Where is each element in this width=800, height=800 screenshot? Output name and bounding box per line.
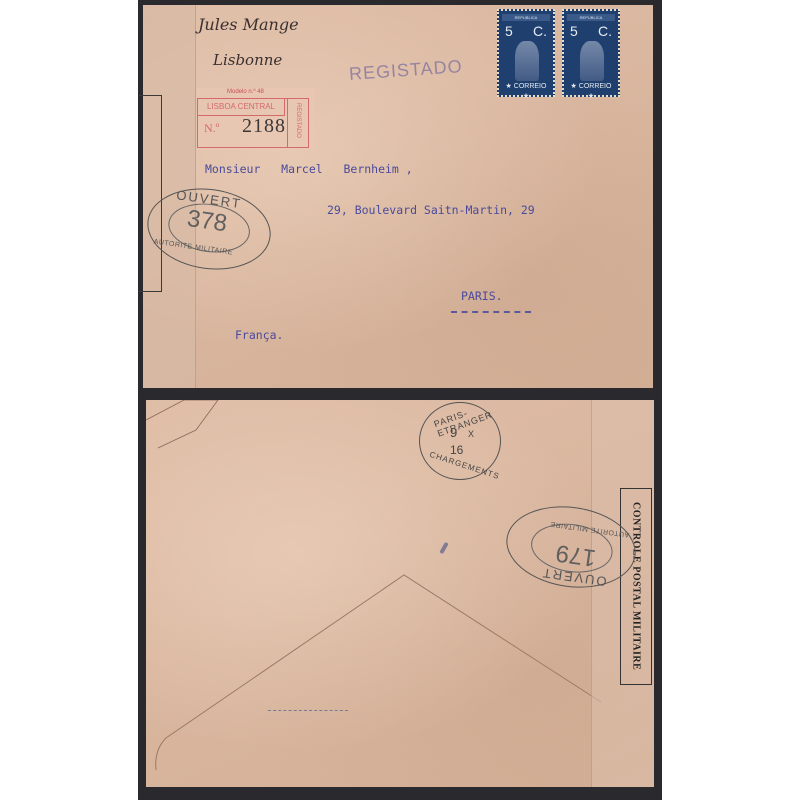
address-city: PARIS. <box>461 289 503 303</box>
stamp-currency: C. <box>533 23 547 39</box>
censor-tape-box <box>139 95 162 292</box>
envelope-front: Jules Mange Lisbonne Modelo n.º 48 LISBO… <box>143 5 653 388</box>
censor-oval-number: 179 <box>554 538 598 571</box>
paris-postmark: PARIS-ETRANGER 9 X 16 CHARGEMENTS <box>419 402 501 480</box>
postmark-day: 9 <box>450 425 457 440</box>
postmark-month: X <box>468 429 474 439</box>
registration-office: LISBOA CENTRAL <box>198 99 285 116</box>
dashed-line <box>268 710 348 711</box>
stamp-value: 5 <box>570 23 578 39</box>
registration-box: LISBOA CENTRAL N.º 2188 REGISTADO <box>197 98 309 148</box>
sender-city: Lisbonne <box>213 51 282 69</box>
censor-oval-number: 378 <box>185 205 229 238</box>
censor-tape-label: CONTROLE POSTAL MILITAIRE <box>620 488 652 685</box>
stamp-value: 5 <box>505 23 513 39</box>
stamp-inscription: ★ CORREIO ★ <box>502 82 550 92</box>
envelope-back: CONTROLE POSTAL MILITAIRE PARIS-ETRANGER… <box>146 400 654 787</box>
registration-side: REGISTADO <box>287 99 308 147</box>
registado-handstamp: REGISTADO <box>348 56 463 85</box>
registration-label: Modelo n.º 48 LISBOA CENTRAL N.º 2188 RE… <box>197 88 315 150</box>
registration-side-text: REGISTADO <box>295 103 301 138</box>
address-city-underline <box>451 311 531 313</box>
address-country: França. <box>235 328 283 342</box>
censor-tape-text: CONTROLE POSTAL MILITAIRE <box>631 502 642 670</box>
postmark-year: 16 <box>450 443 463 457</box>
envelope-flap <box>146 400 654 787</box>
registration-number-prefix: N.º <box>204 121 219 136</box>
stamp-country: REPUBLICA PORTUGUESA <box>502 14 550 21</box>
address-recipient: Monsieur Marcel Bernheim , <box>205 162 413 176</box>
address-street: 29, Boulevard Saitn-Martin, 29 <box>327 203 535 217</box>
sender-name: Jules Mange <box>198 15 299 34</box>
stamp-currency: C. <box>598 23 612 39</box>
postage-stamp: REPUBLICA PORTUGUESA 5 C. ★ CORREIO ★ <box>562 9 620 97</box>
registration-number: 2188 <box>242 115 286 138</box>
censor-tape-back: CONTROLE POSTAL MILITAIRE <box>591 400 654 787</box>
registration-model: Modelo n.º 48 <box>227 89 264 95</box>
stamp-country: REPUBLICA PORTUGUESA <box>567 14 615 21</box>
postage-stamp: REPUBLICA PORTUGUESA 5 C. ★ CORREIO ★ <box>497 9 555 97</box>
ceres-figure-icon <box>515 41 539 81</box>
ceres-figure-icon <box>580 41 604 81</box>
stamp-inscription: ★ CORREIO ★ <box>567 82 615 92</box>
